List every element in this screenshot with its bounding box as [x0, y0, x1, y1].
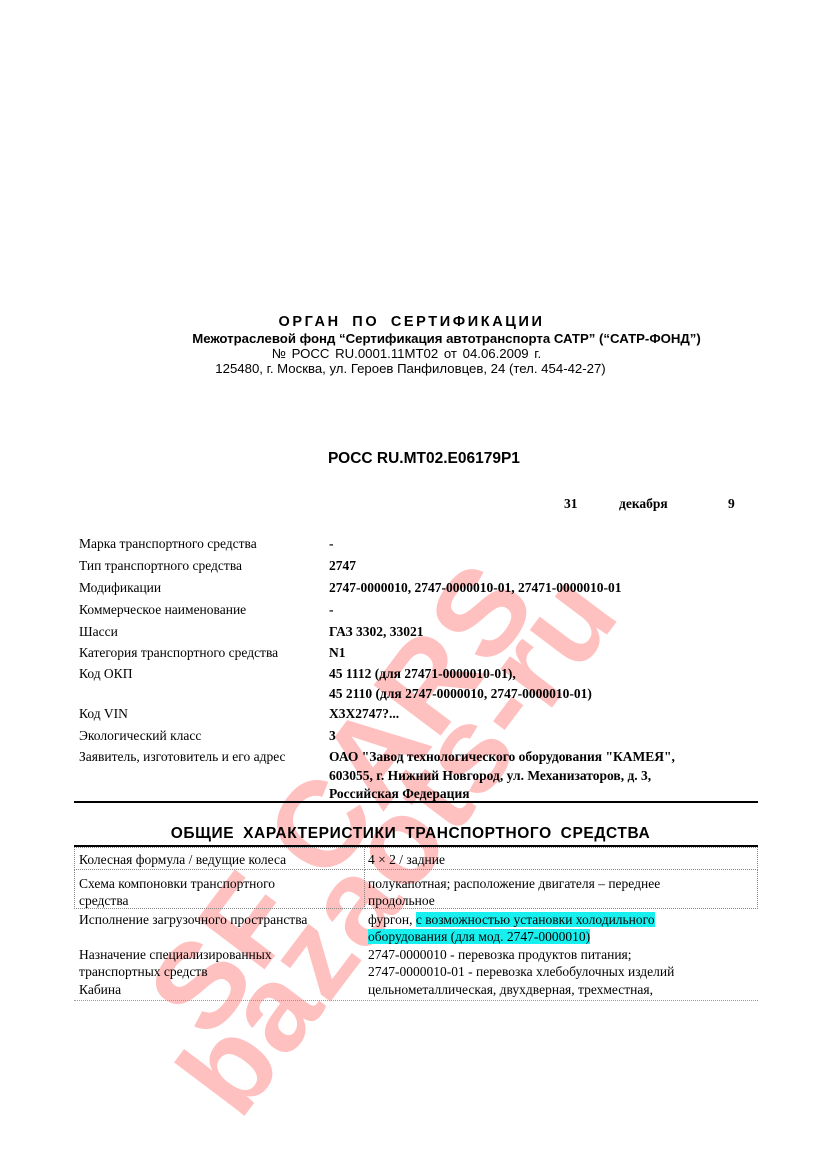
info-label: Код VIN	[79, 703, 128, 725]
spec-label-line: средства	[79, 892, 275, 909]
info-value-line: 2747-0000010, 2747-0000010-01, 27471-000…	[329, 579, 621, 598]
spec-value: 4 × 2 / задние	[368, 851, 445, 868]
info-value-line: N1	[329, 644, 346, 663]
info-value-line: -	[329, 535, 334, 554]
info-value-line: ГАЗ 3302, 33021	[329, 623, 424, 642]
info-label: Шасси	[79, 621, 118, 643]
spec-value-line: цельнометаллическая, двухдверная, трехме…	[368, 981, 653, 998]
highlighted-text: оборудования (для мод. 2747-0000010)	[368, 929, 590, 944]
spec-value-line: 2747-0000010 - перевозка продуктов питан…	[368, 946, 674, 963]
info-label: Код ОКП	[79, 663, 132, 685]
info-label: Модификации	[79, 577, 161, 599]
info-label: Марка транспортного средства	[79, 533, 257, 555]
spec-label-line: Схема компоновки транспортного	[79, 875, 275, 892]
info-value-line: ОАО "Завод технологического оборудования…	[329, 748, 675, 767]
info-value-line: X3X2747?...	[329, 705, 399, 724]
spec-value-line: продольное	[368, 892, 660, 909]
info-value: 3	[329, 727, 336, 746]
info-label: Коммерческое наименование	[79, 599, 246, 621]
spec-value: фургон, с возможностью установки холодил…	[368, 911, 655, 945]
info-value-line: 2747	[329, 557, 356, 576]
spec-value: полукапотная; расположение двигателя – п…	[368, 875, 660, 909]
spec-label: Колесная формула / ведущие колеса	[79, 851, 286, 868]
certification-body-title: ОРГАН ПО СЕРТИФИКАЦИИ	[0, 314, 825, 330]
certification-fund-name: Межотраслевой фонд “Сертификация автотра…	[33, 331, 827, 346]
info-value: -	[329, 601, 334, 620]
spec-label-line: Назначение специализированных	[79, 946, 272, 963]
spec-value: 2747-0000010 - перевозка продуктов питан…	[368, 946, 674, 980]
date-day: 31	[564, 496, 578, 512]
info-label: Экологический класс	[79, 725, 201, 747]
spec-label-line: Исполнение загрузочного пространства	[79, 911, 307, 928]
spec-label: Исполнение загрузочного пространства	[79, 911, 307, 928]
divider	[74, 801, 758, 803]
section-title: ОБЩИЕ ХАРАКТЕРИСТИКИ ТРАНСПОРТНОГО СРЕДС…	[0, 825, 824, 843]
accreditation-number: № РОСС RU.0001.11МТ02 от 04.06.2009 г.	[0, 346, 820, 361]
spec-label-line: Кабина	[79, 981, 121, 998]
spec-label: Назначение специализированныхтранспортны…	[79, 946, 272, 980]
info-value: 45 1112 (для 27471-0000010-01),45 2110 (…	[329, 665, 592, 703]
spec-label-line: транспортных средств	[79, 963, 272, 980]
spec-value-line: 4 × 2 / задние	[368, 851, 445, 868]
info-value: X3X2747?...	[329, 705, 399, 724]
spec-value-line: 2747-0000010-01 - перевозка хлебобулочны…	[368, 963, 674, 980]
info-value: 2747-0000010, 2747-0000010-01, 27471-000…	[329, 579, 621, 598]
info-value: 2747	[329, 557, 356, 576]
date-year: 9	[728, 496, 735, 512]
info-value: ОАО "Завод технологического оборудования…	[329, 748, 675, 804]
highlighted-text: с возможностью установки холодильного	[416, 912, 655, 927]
info-value-line: 3	[329, 727, 336, 746]
date-month: декабря	[619, 496, 668, 512]
spec-label-line: Колесная формула / ведущие колеса	[79, 851, 286, 868]
spec-value-plain: фургон,	[368, 912, 416, 927]
info-label: Тип транспортного средства	[79, 555, 242, 577]
info-value-line: 603055, г. Нижний Новгород, ул. Механиза…	[329, 767, 675, 786]
info-value: N1	[329, 644, 346, 663]
certificate-number: РОСС RU.MT02.E06179P1	[328, 450, 520, 468]
info-value-line: -	[329, 601, 334, 620]
spec-value-line: полукапотная; расположение двигателя – п…	[368, 875, 660, 892]
info-label: Категория транспортного средства	[79, 642, 278, 664]
info-value-line: 45 2110 (для 2747-0000010, 2747-0000010-…	[329, 685, 592, 704]
info-value-line: 45 1112 (для 27471-0000010-01),	[329, 665, 592, 684]
divider	[74, 1000, 758, 1001]
spec-label: Кабина	[79, 981, 121, 998]
spec-label: Схема компоновки транспортногосредства	[79, 875, 275, 909]
info-label: Заявитель, изготовитель и его адрес	[79, 746, 286, 768]
info-value: -	[329, 535, 334, 554]
certification-body-address: 125480, г. Москва, ул. Героев Панфиловце…	[0, 361, 824, 376]
spec-value: цельнометаллическая, двухдверная, трехме…	[368, 981, 653, 998]
info-value: ГАЗ 3302, 33021	[329, 623, 424, 642]
